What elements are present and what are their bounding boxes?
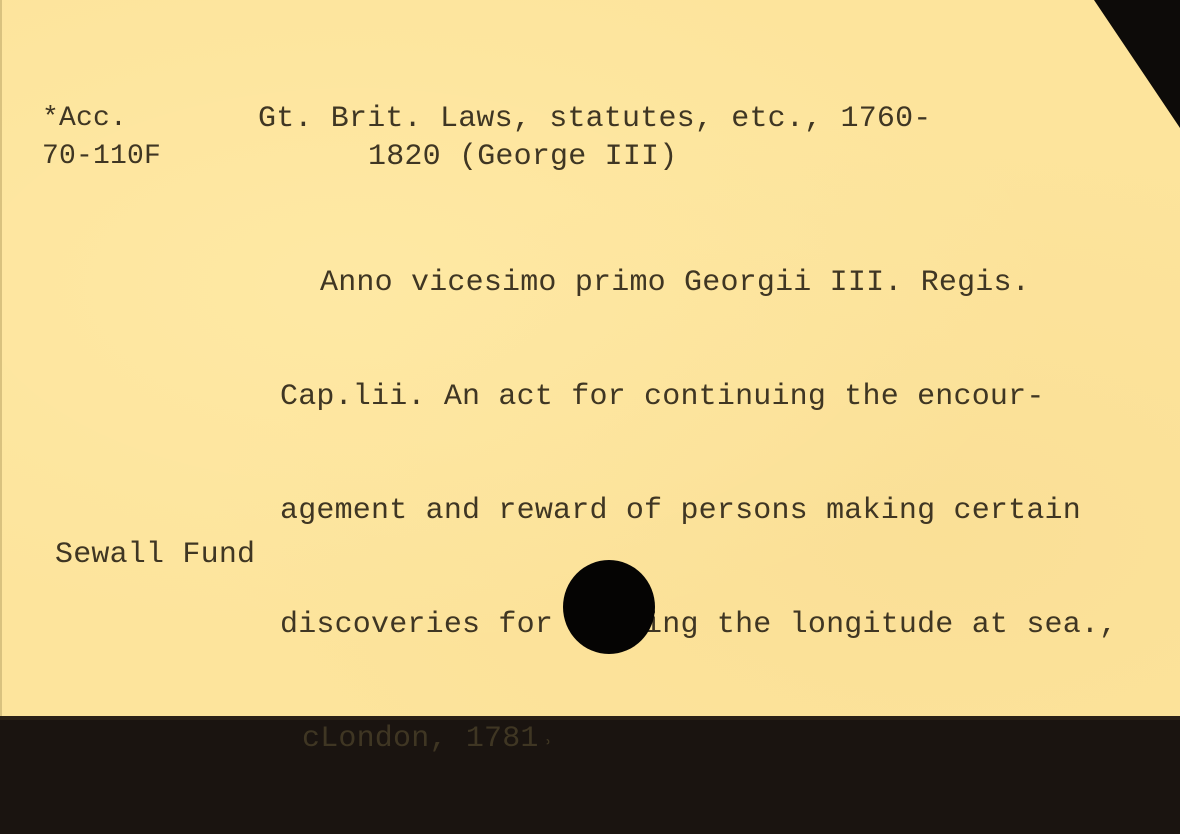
card-corner-cut bbox=[1094, 0, 1180, 128]
fund-note: Sewall Fund bbox=[55, 536, 255, 574]
call-number-line-1: *Acc. bbox=[42, 103, 127, 134]
card-bottom-edge bbox=[0, 716, 1180, 720]
title-line-3: agement and reward of persons making cer… bbox=[280, 492, 1117, 530]
call-number-line-2: 70-110F bbox=[42, 141, 161, 172]
punch-hole bbox=[563, 560, 655, 654]
heading-line-1: Gt. Brit. Laws, statutes, etc., 1760- bbox=[258, 102, 932, 136]
title-line-2: Cap.lii. An act for continuing the encou… bbox=[280, 378, 1117, 416]
call-number: *Acc. 70-110F bbox=[42, 100, 161, 176]
title-line-4: discoveries for finding the longitude at… bbox=[280, 606, 1117, 644]
heading-line-2: 1820 (George III) bbox=[258, 138, 932, 176]
main-entry-heading: Gt. Brit. Laws, statutes, etc., 1760-182… bbox=[258, 100, 932, 176]
catalog-card: *Acc. 70-110F Gt. Brit. Laws, statutes, … bbox=[0, 0, 1180, 716]
title-description: Anno vicesimo primo Georgii III. Regis. … bbox=[280, 188, 1117, 720]
title-line-1: Anno vicesimo primo Georgii III. Regis. bbox=[280, 264, 1117, 302]
